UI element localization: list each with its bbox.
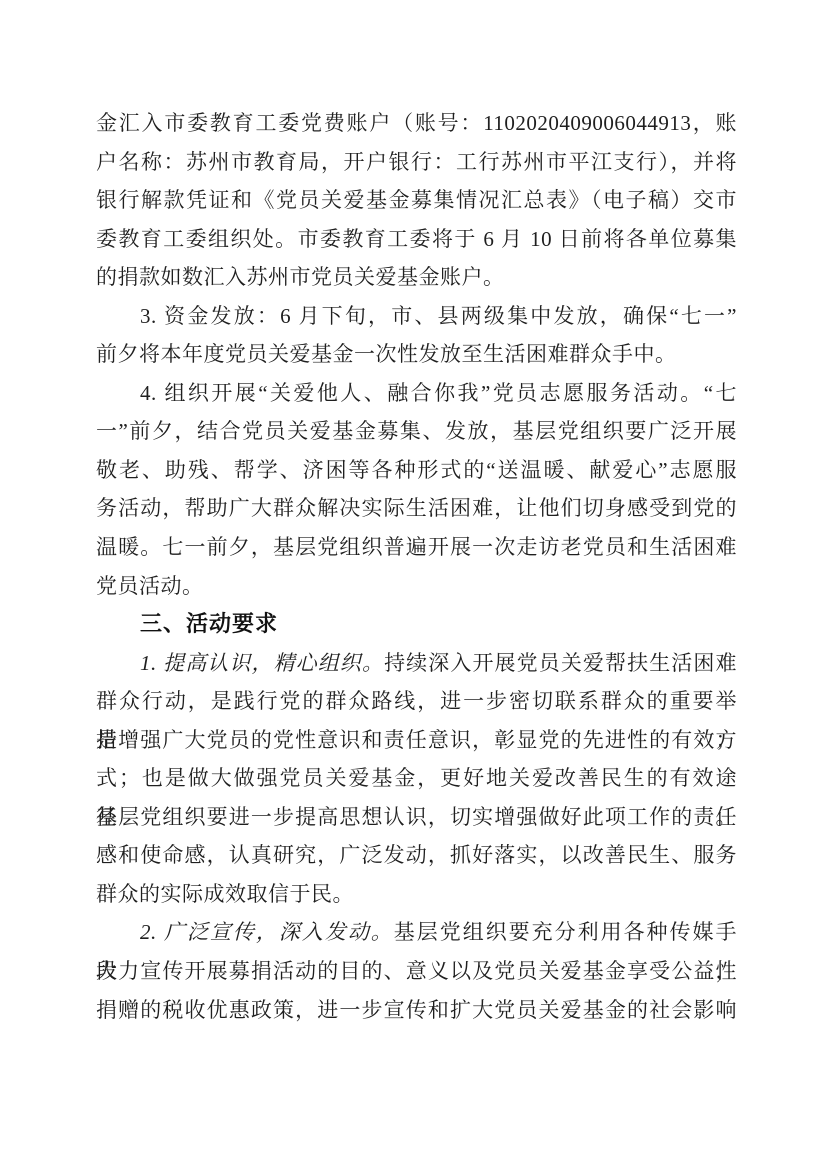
text-line: 的捐款如数汇入苏州市党员关爱基金账户。	[96, 258, 737, 297]
text-line: 群众行动，是践行党的群众路线，进一步密切联系群众的重要举措；	[96, 682, 737, 721]
text-line: 捐赠的税收优惠政策，进一步宣传和扩大党员关爱基金的社会影响	[96, 991, 737, 1030]
body-text: 3. 资金发放：6 月下旬，市、县两级集中发放，确保“七一”	[140, 304, 737, 328]
text-line: 党员活动。	[96, 567, 737, 606]
body-text: 的捐款如数汇入苏州市党员关爱基金账户。	[96, 265, 505, 289]
body-text: 金汇入市委教育工委党费账户（账号：1102020409006044913，账	[96, 111, 737, 135]
text-line: 温暖。七一前夕，基层党组织普遍开展一次走访老党员和生活困难	[96, 528, 737, 567]
body-text: 一”前夕，结合党员关爱基金募集、发放，基层党组织要广泛开展	[96, 419, 737, 443]
body-text: 大力宣传开展募捐活动的目的、意义以及党员关爱基金享受公益性	[96, 959, 737, 983]
body-text: 是增强广大党员的党性意识和责任意识，彰显党的先进性的有效方	[96, 728, 737, 752]
body-text: 4. 组织开展“关爱他人、融合你我”党员志愿服务活动。“七	[140, 381, 737, 405]
text-line: 4. 组织开展“关爱他人、融合你我”党员志愿服务活动。“七	[96, 374, 737, 413]
text-line: 委教育工委组织处。市委教育工委将于 6 月 10 日前将各单位募集	[96, 220, 737, 259]
body-text: 群众的实际成效取信于民。	[96, 882, 354, 906]
body-text: 敬老、助残、帮学、济困等各种形式的“送温暖、献爱心”志愿服	[96, 458, 737, 482]
text-line: 一”前夕，结合党员关爱基金募集、发放，基层党组织要广泛开展	[96, 412, 737, 451]
body-text: 基层党组织要进一步提高思想认识，切实增强做好此项工作的责任	[96, 805, 737, 829]
document-body: 金汇入市委教育工委党费账户（账号：1102020409006044913，账户名…	[96, 104, 737, 1029]
body-text: 党员活动。	[96, 574, 204, 598]
text-line: 3. 资金发放：6 月下旬，市、县两级集中发放，确保“七一”	[96, 297, 737, 336]
text-line: 大力宣传开展募捐活动的目的、意义以及党员关爱基金享受公益性	[96, 952, 737, 991]
document-page: 金汇入市委教育工委党费账户（账号：1102020409006044913，账户名…	[0, 0, 827, 1169]
body-text: 委教育工委组织处。市委教育工委将于 6 月 10 日前将各单位募集	[96, 227, 737, 251]
body-text: 银行解款凭证和《党员关爱基金募集情况汇总表》（电子稿）交市	[96, 188, 737, 212]
body-text: 温暖。七一前夕，基层党组织普遍开展一次走访老党员和生活困难	[96, 535, 737, 559]
text-line: 是增强广大党员的党性意识和责任意识，彰显党的先进性的有效方	[96, 721, 737, 760]
body-text: 前夕将本年度党员关爱基金一次性发放至生活困难群众手中。	[96, 342, 677, 366]
text-line: 金汇入市委教育工委党费账户（账号：1102020409006044913，账	[96, 104, 737, 143]
body-text: 感和使命感，认真研究，广泛发动，抓好落实，以改善民生、服务	[96, 843, 737, 867]
body-text: 捐赠的税收优惠政策，进一步宣传和扩大党员关爱基金的社会影响	[96, 998, 737, 1022]
text-line: 2. 广泛宣传，深入发动。基层党组织要充分利用各种传媒手段，	[96, 913, 737, 952]
emphasis-text: 2. 广泛宣传，深入发动。	[140, 920, 394, 944]
text-line: 群众的实际成效取信于民。	[96, 875, 737, 914]
body-text: 持续深入开展党员关爱帮扶生活困难	[384, 651, 737, 675]
text-line: 1. 提高认识，精心组织。持续深入开展党员关爱帮扶生活困难	[96, 644, 737, 683]
text-line: 基层党组织要进一步提高思想认识，切实增强做好此项工作的责任	[96, 798, 737, 837]
text-line: 务活动，帮助广大群众解决实际生活困难，让他们切身感受到党的	[96, 489, 737, 528]
text-line: 前夕将本年度党员关爱基金一次性发放至生活困难群众手中。	[96, 335, 737, 374]
emphasis-text: 1. 提高认识，精心组织。	[140, 651, 384, 675]
text-line: 感和使命感，认真研究，广泛发动，抓好落实，以改善民生、服务	[96, 836, 737, 875]
text-line: 银行解款凭证和《党员关爱基金募集情况汇总表》（电子稿）交市	[96, 181, 737, 220]
text-line: 户名称：苏州市教育局，开户银行：工行苏州市平江支行），并将	[96, 143, 737, 182]
text-line: 式；也是做大做强党员关爱基金，更好地关爱改善民生的有效途径。	[96, 759, 737, 798]
body-text: 务活动，帮助广大群众解决实际生活困难，让他们切身感受到党的	[96, 496, 737, 520]
body-text: 三、活动要求	[140, 611, 278, 636]
text-line: 敬老、助残、帮学、济困等各种形式的“送温暖、献爱心”志愿服	[96, 451, 737, 490]
section-heading: 三、活动要求	[96, 605, 737, 644]
body-text: 户名称：苏州市教育局，开户银行：工行苏州市平江支行），并将	[96, 150, 737, 174]
